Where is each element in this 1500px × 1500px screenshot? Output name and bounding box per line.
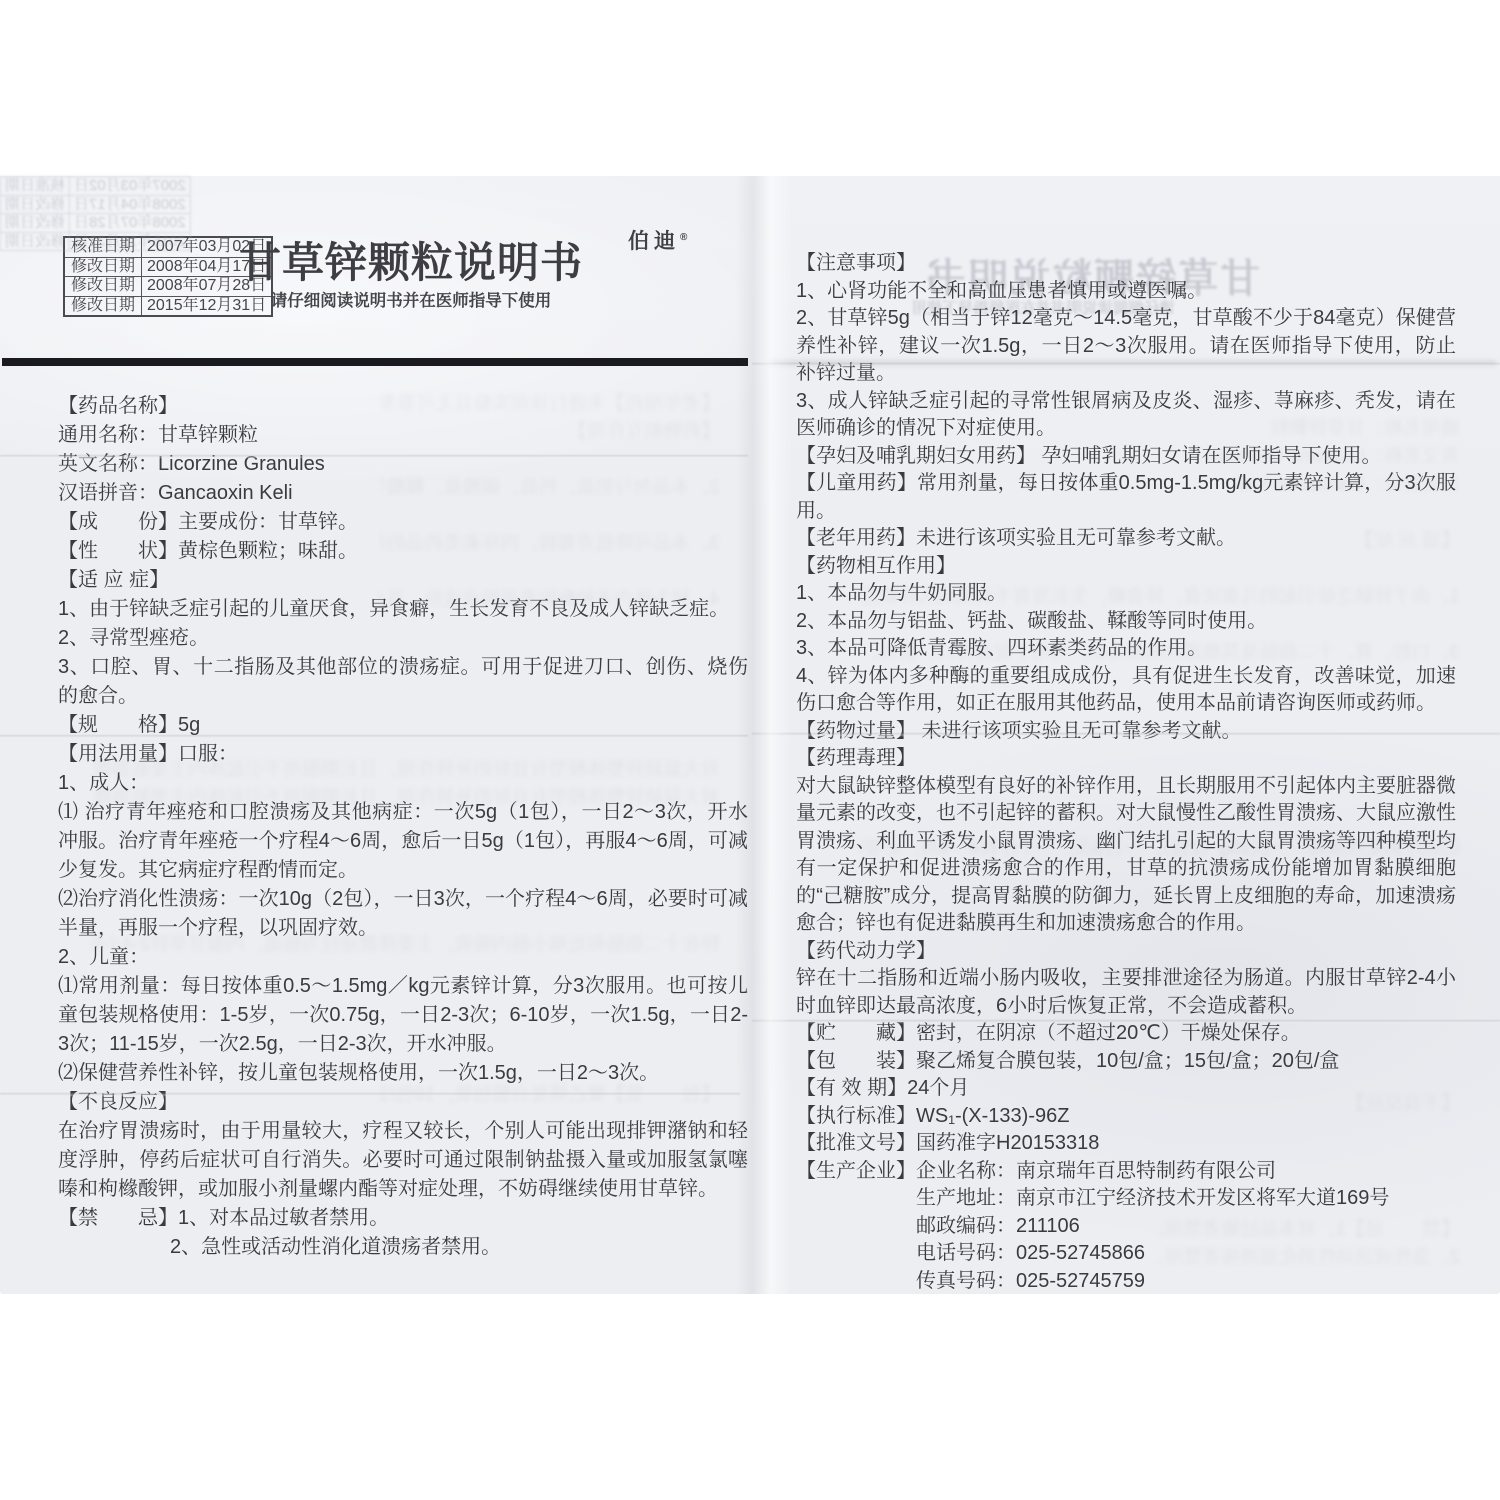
text-line: 2、急性或活动性消化道溃疡者禁用。	[170, 1233, 748, 1262]
text-line: 【执行标准】WS₁-(X-133)-96Z	[796, 1103, 1456, 1131]
text-line: 汉语拼音：Gancaoxin Keli	[58, 479, 748, 508]
text-paragraph: ⑵治疗消化性溃疡：一次10g（2包），一日3次，一个疗程4～6周，必要时可减半量…	[58, 885, 748, 943]
text-line: 【老年用药】未进行该项实验且无可靠参考文献。	[796, 525, 1456, 553]
crease-line	[0, 1093, 740, 1096]
center-fold	[736, 176, 792, 1294]
text-line: 【生产企业】企业名称：南京瑞年百思特制药有限公司	[796, 1158, 1456, 1186]
text-line: 生产地址：南京市江宁经济技术开发区将军大道169号	[916, 1185, 1456, 1213]
text-paragraph: 对大鼠缺锌整体模型有良好的补锌作用，且长期服用不引起体内主要脏器微量元素的改变，…	[796, 773, 1456, 938]
title-block: 甘草锌颗粒说明书 请仔细阅读说明书并在医师指导下使用	[235, 238, 587, 311]
date-label: 核准日期	[1, 177, 70, 196]
scanned-leaflet: 核准日期 2007年03月02日 修改日期 2008年04月17日 修改日期 2…	[0, 0, 1500, 1500]
crease-line	[752, 363, 1500, 366]
text-line: 通用名称：甘草锌颗粒	[58, 421, 748, 450]
text-line: 【有 效 期】24个月	[796, 1075, 1456, 1103]
text-paragraph: ⑴常用剂量：每日按体重0.5～1.5mg／kg元素锌计算，分3次服用。也可按儿童…	[58, 972, 748, 1059]
date-value: 2007年03月02日	[70, 177, 191, 196]
text-line: 2、本品勿与铝盐、钙盐、碳酸盐、鞣酸等同时使用。	[796, 608, 1456, 636]
text-line: 3、本品可降低青霉胺、四环素类药品的作用。	[796, 635, 1456, 663]
inside-page-body: 【注意事项】 1、心肾功能不全和高血压患者慎用或遵医嘱。 2、甘草锌5g（相当于…	[796, 250, 1456, 1295]
text-line: 【包 装】聚乙烯复合膜包装，10包/盒；15包/盒；20包/盒	[796, 1048, 1456, 1076]
page-subtitle: 请仔细阅读说明书并在医师指导下使用	[235, 291, 587, 311]
text-line: 【孕妇及哺乳期妇女用药】 孕妇哺乳期妇女请在医师指导下使用。	[796, 443, 1456, 471]
date-label: 修改日期	[1, 195, 70, 214]
table-row: 2008年04月17日 修改日期	[1, 195, 191, 214]
date-label: 修改日期	[64, 296, 142, 316]
section-heading: 【适 应 症】	[58, 566, 748, 595]
date-label: 修改日期	[1, 232, 70, 251]
text-line: 【禁 忌】1、对本品过敏者禁用。	[58, 1204, 748, 1233]
text-line: 【药物过量】 未进行该项实验且无可靠参考文献。	[796, 718, 1456, 746]
text-line: 【贮 藏】密封，在阴凉（不超过20℃）干燥处保存。	[796, 1020, 1456, 1048]
section-heading: 【用法用量】口服：	[58, 740, 748, 769]
text-line: 1、由于锌缺乏症引起的儿童厌食，异食癖，生长发育不良及成人锌缺乏症。	[58, 595, 748, 624]
section-heading: 【药代动力学】	[796, 938, 1456, 966]
section-heading: 【药物相互作用】	[796, 553, 1456, 581]
text-line: 电话号码：025-52745866	[916, 1240, 1456, 1268]
date-value: 2008年04月17日	[70, 195, 191, 214]
date-label: 修改日期	[1, 214, 70, 233]
registered-mark: ®	[680, 232, 687, 243]
crease-line	[752, 1020, 1500, 1023]
text-paragraph: 在治疗胃溃疡时，由于用量较大，疗程又较长，个别人可能出现排钾潴钠和轻度浮肿，停药…	[58, 1117, 748, 1204]
crease-line	[0, 735, 748, 738]
text-paragraph: ⑴ 治疗青年痤疮和口腔溃疡及其他病症：一次5g（1包），一日2～3次，开水冲服。…	[58, 798, 748, 885]
brand-name: 伯迪	[628, 230, 680, 253]
section-heading: 【药品名称】	[58, 392, 748, 421]
section-heading: 【注意事项】	[796, 250, 1456, 278]
leaflet-paper: 核准日期 2007年03月02日 修改日期 2008年04月17日 修改日期 2…	[0, 176, 1500, 1294]
table-row: 2007年03月02日 核准日期	[1, 177, 191, 196]
text-line: 1、本品勿与牛奶同服。	[796, 580, 1456, 608]
date-value: 2015年12月31日	[70, 232, 191, 251]
text-line: 传真号码：025-52745759	[916, 1268, 1456, 1296]
text-paragraph: 2、甘草锌5g（相当于锌12毫克～14.5毫克，甘草酸不少于84毫克）保健营养性…	[796, 305, 1456, 388]
text-line: 【批准文号】国药准字H20153318	[796, 1130, 1456, 1158]
brand-logo: 伯迪®	[628, 225, 687, 255]
text-line: 1、心肾功能不全和高血压患者慎用或遵医嘱。	[796, 278, 1456, 306]
date-value: 2008年07月28日	[70, 214, 191, 233]
front-page-body: 【药品名称】 通用名称：甘草锌颗粒 英文名称：Licorzine Granule…	[58, 392, 748, 1262]
text-paragraph: 4、锌为体内多种酶的重要组成成份，具有促进生长发育，改善味觉，加速伤口愈合等作用…	[796, 663, 1456, 718]
showthrough-dates-table: 2007年03月02日 核准日期 2008年04月17日 修改日期 2008年0…	[0, 176, 191, 251]
crease-line	[0, 455, 748, 458]
table-row: 2008年07月28日 修改日期	[1, 214, 191, 233]
table-row: 2015年12月31日 修改日期	[1, 232, 191, 251]
text-paragraph: 3、成人锌缺乏症引起的寻常性银屑病及皮炎、湿疹、荨麻疹、秃发，请在医师确诊的情况…	[796, 388, 1456, 443]
text-line: 【儿童用药】常用剂量，每日按体重0.5mg-1.5mg/kg元素锌计算，分3次服…	[796, 470, 1456, 525]
divider-bar	[2, 358, 748, 366]
date-label: 修改日期	[64, 277, 142, 297]
text-line: 【性 状】黄棕色颗粒；味甜。	[58, 537, 748, 566]
text-line: ⑵保健营养性补锌，按儿童包装规格使用，一次1.5g，一日2～3次。	[58, 1059, 748, 1088]
text-line: 【成 份】主要成份：甘草锌。	[58, 508, 748, 537]
date-label: 修改日期	[64, 257, 142, 277]
text-paragraph: 锌在十二指肠和近端小肠内吸收，主要排泄途径为肠道。内服甘草锌2-4小时血锌即达最…	[796, 965, 1456, 1020]
text-paragraph: 3、口腔、胃、十二指肠及其他部位的溃疡症。可用于促进刀口、创伤、烧伤的愈合。	[58, 653, 748, 711]
text-line: 邮政编码：211106	[916, 1213, 1456, 1241]
section-heading: 【药理毒理】	[796, 745, 1456, 773]
crease-line	[752, 733, 1500, 736]
text-line: 1、成人：	[58, 769, 748, 798]
text-line: 2、儿童：	[58, 943, 748, 972]
text-line: 2、寻常型痤疮。	[58, 624, 748, 653]
page-title: 甘草锌颗粒说明书	[235, 238, 587, 288]
